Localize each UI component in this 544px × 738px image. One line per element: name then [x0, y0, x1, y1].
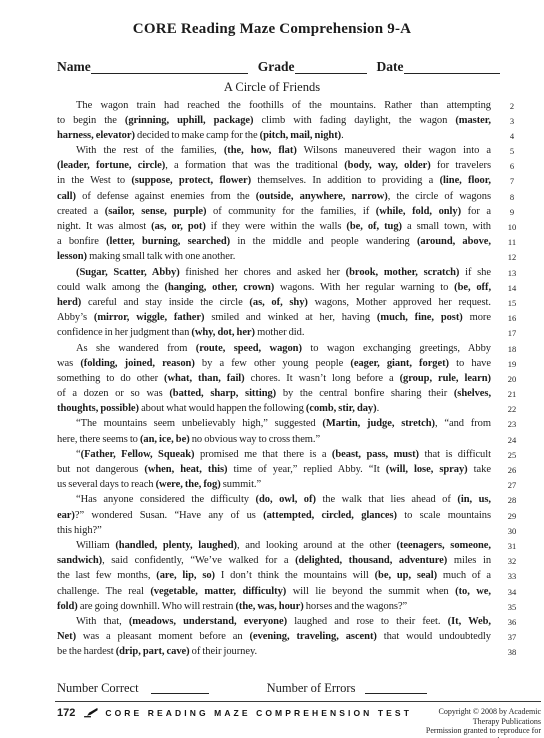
- maze-choice-group[interactable]: (are, lip, so): [156, 570, 215, 581]
- passage-line: With that, (meadows, understand, everyon…: [57, 614, 544, 629]
- maze-choice-group[interactable]: (be, up, seal): [375, 570, 437, 581]
- maze-choice-group[interactable]: thoughts, possible): [57, 403, 139, 414]
- passage-line-text: a bonfire (letter, burning, searched) in…: [57, 234, 491, 249]
- maze-choice-group[interactable]: (to, we,: [455, 586, 491, 597]
- maze-choice-group[interactable]: call): [57, 191, 76, 202]
- passage-line-text: herd) careful and stay inside the circle…: [57, 295, 491, 310]
- line-number: 30: [501, 523, 523, 538]
- line-number: 2: [501, 98, 523, 113]
- passage-line-text: was (folding, joined, reason) by a few o…: [57, 356, 491, 371]
- passage-line: lesson) making small talk with one anoth…: [57, 249, 544, 264]
- student-info-row: Name Grade Date: [57, 60, 500, 74]
- line-number: 11: [501, 234, 523, 249]
- line-number: 34: [501, 584, 523, 599]
- maze-choice-group[interactable]: (why, dot, her): [191, 327, 255, 338]
- line-number: 37: [501, 629, 523, 644]
- line-number: 10: [501, 219, 523, 234]
- line-number: 6: [501, 158, 523, 173]
- maze-choice-group[interactable]: fold): [57, 601, 78, 612]
- maze-choice-group[interactable]: (beast, pass, must): [332, 449, 419, 460]
- passage-line: something to do other (what, than, fail)…: [57, 371, 544, 386]
- passage-line: of a dozen or so was (batted, sharp, sit…: [57, 386, 544, 401]
- line-number: 16: [501, 310, 523, 325]
- line-number: 29: [501, 508, 523, 523]
- passage-line: “(Father, Fellow, Squeak) promised me th…: [57, 447, 544, 462]
- maze-choice-group[interactable]: herd): [57, 297, 81, 308]
- passage-line: but not dangerous (when, heat, this) tim…: [57, 462, 544, 477]
- passage-line: night. It was almost (as, or, pot) if th…: [57, 219, 544, 234]
- footer-divider: [55, 701, 541, 702]
- passage-line: be the hardest (drip, part, cave) of the…: [57, 644, 544, 659]
- page-title: CORE Reading Maze Comprehension 9-A: [0, 0, 544, 38]
- passage-line: fold) are going downhill. Who will restr…: [57, 599, 544, 614]
- passage-line: William (handled, plenty, laughed), and …: [57, 538, 544, 553]
- maze-choice-group[interactable]: (drip, part, cave): [116, 646, 190, 657]
- maze-choice-group[interactable]: harness, elevator): [57, 130, 135, 141]
- passage-line: a bonfire (letter, burning, searched) in…: [57, 234, 544, 249]
- passage-line-text: created a (sailor, sense, purple) of com…: [57, 204, 491, 219]
- passage-line: could walk among the (hanging, other, cr…: [57, 280, 544, 295]
- passage-line-text: Net) was a pleasant moment before an (ev…: [57, 629, 491, 644]
- maze-choice-group[interactable]: (pitch, mail, night): [260, 130, 341, 141]
- line-number: 26: [501, 462, 523, 477]
- passage-line-text: fold) are going downhill. Who will restr…: [57, 599, 491, 614]
- passage-line: harness, elevator) decided to make camp …: [57, 128, 544, 143]
- maze-choice-group[interactable]: (shelves,: [454, 388, 491, 399]
- line-number: 23: [501, 416, 523, 431]
- line-number: 8: [501, 189, 523, 204]
- passage-line: The wagon train had reached the foothill…: [57, 98, 544, 113]
- maze-choice-group[interactable]: (sailor, sense, purple): [105, 206, 207, 217]
- passage: The wagon train had reached the foothill…: [57, 98, 544, 660]
- line-number: 15: [501, 295, 523, 310]
- line-number: 20: [501, 371, 523, 386]
- passage-line-text: “Has anyone considered the difficulty (d…: [57, 492, 491, 507]
- line-number: 18: [501, 341, 523, 356]
- number-correct-line[interactable]: [151, 681, 209, 694]
- maze-choice-group[interactable]: (an, ice, be): [140, 434, 190, 445]
- line-number: 12: [501, 249, 523, 264]
- maze-choice-group[interactable]: (as, of, shy): [249, 297, 307, 308]
- passage-line: sandwich), said confidently, “We’ve walk…: [57, 553, 544, 568]
- maze-choice-group[interactable]: (while, fold, only): [376, 206, 461, 217]
- date-field-line[interactable]: [404, 61, 501, 74]
- maze-choice-group[interactable]: (Father, Fellow, Squeak): [81, 449, 195, 460]
- date-label: Date: [377, 60, 404, 74]
- copyright-line2: Permission granted to reproduce for clas…: [426, 726, 541, 738]
- line-number: 5: [501, 143, 523, 158]
- passage-line-text: of a dozen or so was (batted, sharp, sit…: [57, 386, 491, 401]
- line-number: 3: [501, 113, 523, 128]
- passage-line-text: “The mountains seem unbelievably high,” …: [57, 416, 491, 431]
- maze-choice-group[interactable]: (It, Web,: [448, 616, 491, 627]
- maze-choice-group[interactable]: (letter, burning, searched): [106, 236, 230, 247]
- passage-line: herd) careful and stay inside the circle…: [57, 295, 544, 310]
- line-number: 9: [501, 204, 523, 219]
- passage-line: call) of defense against enemies from th…: [57, 189, 544, 204]
- passage-line-text: harness, elevator) decided to make camp …: [57, 128, 491, 143]
- maze-choice-group[interactable]: (line, floor,: [440, 175, 491, 186]
- maze-choice-group[interactable]: (comb, stir, day): [306, 403, 377, 414]
- passage-line: to begin the (grinning, uphill, package)…: [57, 113, 544, 128]
- page-number: 172: [57, 707, 75, 719]
- number-errors-label: Number of Errors: [267, 682, 356, 695]
- passage-line: Abby’s (mirror, wiggle, father) smiled a…: [57, 310, 544, 325]
- maze-choice-group[interactable]: (attempted, circled, glances): [263, 510, 397, 521]
- maze-choice-group[interactable]: (the, was, hour): [235, 601, 303, 612]
- maze-choice-group[interactable]: ear): [57, 510, 75, 521]
- number-errors-line[interactable]: [365, 681, 427, 694]
- passage-line: Net) was a pleasant moment before an (ev…: [57, 629, 544, 644]
- maze-choice-group[interactable]: (folding, joined, reason): [80, 358, 194, 369]
- passage-line: us several days to reach (were, the, fog…: [57, 477, 544, 492]
- passage-line: challenge. The real (vegetable, matter, …: [57, 584, 544, 599]
- passage-line: confidence in her judgment than (why, do…: [57, 325, 544, 340]
- maze-choice-group[interactable]: (in, us,: [457, 494, 491, 505]
- line-number: 27: [501, 477, 523, 492]
- line-number: 19: [501, 356, 523, 371]
- maze-choice-group[interactable]: (meadows, understand, everyone): [129, 616, 287, 627]
- line-number: 28: [501, 492, 523, 507]
- passage-line-text: challenge. The real (vegetable, matter, …: [57, 584, 491, 599]
- passage-line-text: confidence in her judgment than (why, do…: [57, 325, 491, 340]
- passage-line-text: sandwich), said confidently, “We’ve walk…: [57, 553, 491, 568]
- maze-choice-group[interactable]: (the, how, flat): [224, 145, 297, 156]
- name-field-line[interactable]: [91, 61, 248, 74]
- passage-line-text: the last few months, (are, lip, so) I do…: [57, 568, 491, 583]
- passage-line: “Has anyone considered the difficulty (d…: [57, 492, 544, 507]
- maze-choice-group[interactable]: (what, than, fail): [164, 373, 245, 384]
- footer: 172 CORE READING MAZE COMPREHENSION TEST…: [57, 707, 541, 738]
- passage-line: thoughts, possible) about what would hap…: [57, 401, 544, 416]
- maze-choice-group[interactable]: (Sugar, Scatter, Abby): [76, 267, 180, 278]
- line-number: 25: [501, 447, 523, 462]
- passage-line-text: As she wandered from (route, speed, wago…: [57, 341, 491, 356]
- copyright-line1: Copyright © 2008 by Academic Therapy Pub…: [438, 707, 541, 726]
- line-number: 21: [501, 386, 523, 401]
- maze-choice-group[interactable]: (grinning, uphill, package): [125, 115, 254, 126]
- line-number: 22: [501, 401, 523, 416]
- line-number: 13: [501, 265, 523, 280]
- test-series-name: CORE READING MAZE COMPREHENSION TEST: [105, 707, 412, 719]
- maze-choice-group[interactable]: (as, or, pot): [151, 221, 206, 232]
- maze-choice-group[interactable]: (teenagers, someone,: [396, 540, 491, 551]
- grade-label: Grade: [258, 60, 295, 74]
- line-number: 35: [501, 599, 523, 614]
- maze-choice-group[interactable]: (master,: [455, 115, 491, 126]
- maze-choice-group[interactable]: (route, speed, wagon): [196, 343, 302, 354]
- line-number: 32: [501, 553, 523, 568]
- maze-choice-group[interactable]: (were, the, fog): [156, 479, 221, 490]
- passage-line-text: us several days to reach (were, the, fog…: [57, 477, 491, 492]
- passage-line: “The mountains seem unbelievably high,” …: [57, 416, 544, 431]
- passage-line-text: lesson) making small talk with one anoth…: [57, 249, 491, 264]
- maze-choice-group[interactable]: (leader, fortune, circle): [57, 160, 165, 171]
- passage-line-text: this high?”: [57, 523, 491, 538]
- passage-line-text: to begin the (grinning, uphill, package)…: [57, 113, 491, 128]
- line-number: 38: [501, 644, 523, 659]
- maze-choice-group[interactable]: (body, way, older): [344, 160, 430, 171]
- maze-choice-group[interactable]: (batted, sharp, sitting): [169, 388, 276, 399]
- maze-choice-group[interactable]: (delighted, thousand, adventure): [295, 555, 447, 566]
- maze-choice-group[interactable]: Net): [57, 631, 76, 642]
- maze-choice-group[interactable]: (hanging, other, crown): [165, 282, 275, 293]
- maze-choice-group[interactable]: (handled, plenty, laughed): [115, 540, 237, 551]
- maze-choice-group[interactable]: (Martin, judge, stretch): [322, 418, 435, 429]
- passage-line-text: night. It was almost (as, or, pot) if th…: [57, 219, 491, 234]
- passage-line-text: could walk among the (hanging, other, cr…: [57, 280, 491, 295]
- line-number: 7: [501, 173, 523, 188]
- passage-line-text: The wagon train had reached the foothill…: [57, 98, 491, 113]
- passage-line-text: here, there seems to (an, ice, be) no ob…: [57, 432, 491, 447]
- maze-choice-group[interactable]: lesson): [57, 251, 87, 262]
- maze-choice-group[interactable]: (suppose, protect, flower): [131, 175, 251, 186]
- passage-line: was (folding, joined, reason) by a few o…: [57, 356, 544, 371]
- grade-field-line[interactable]: [295, 61, 367, 74]
- line-number: 31: [501, 538, 523, 553]
- maze-choice-group[interactable]: sandwich): [57, 555, 102, 566]
- maze-choice-group[interactable]: (vegetable, matter, difficulty): [150, 586, 286, 597]
- passage-line-text: “(Father, Fellow, Squeak) promised me th…: [57, 447, 491, 462]
- line-number: 36: [501, 614, 523, 629]
- maze-choice-group[interactable]: (much, fine, post): [377, 312, 463, 323]
- passage-line-text: be the hardest (drip, part, cave) of the…: [57, 644, 491, 659]
- writing-pencil-icon: [83, 707, 98, 719]
- passage-line-text: With the rest of the families, (the, how…: [57, 143, 491, 158]
- passage-line: As she wandered from (route, speed, wago…: [57, 341, 544, 356]
- passage-line: the last few months, (are, lip, so) I do…: [57, 568, 544, 583]
- passage-line: ear)?” wondered Susan. “Have any of us (…: [57, 508, 544, 523]
- name-label: Name: [57, 60, 91, 74]
- line-number: 14: [501, 280, 523, 295]
- passage-line-text: call) of defense against enemies from th…: [57, 189, 491, 204]
- passage-line-text: in the West to (suppose, protect, flower…: [57, 173, 491, 188]
- passage-line: this high?”30: [57, 523, 544, 538]
- passage-line-text: With that, (meadows, understand, everyon…: [57, 614, 491, 629]
- passage-line-text: ear)?” wondered Susan. “Have any of us (…: [57, 508, 491, 523]
- maze-choice-group[interactable]: (eager, giant, forget): [350, 358, 449, 369]
- passage-line: created a (sailor, sense, purple) of com…: [57, 204, 544, 219]
- passage-line-text: thoughts, possible) about what would hap…: [57, 401, 491, 416]
- passage-line-text: something to do other (what, than, fail)…: [57, 371, 491, 386]
- passage-line: here, there seems to (an, ice, be) no ob…: [57, 432, 544, 447]
- copyright-notice: Copyright © 2008 by Academic Therapy Pub…: [412, 707, 541, 738]
- worksheet-page: CORE Reading Maze Comprehension 9-A Name…: [0, 0, 544, 738]
- passage-title: A Circle of Friends: [0, 80, 544, 95]
- maze-choice-group[interactable]: (evening, traveling, ascent): [249, 631, 376, 642]
- maze-choice-group[interactable]: (do, owl, of): [256, 494, 316, 505]
- passage-line: (Sugar, Scatter, Abby) finished her chor…: [57, 265, 544, 280]
- passage-line-text: William (handled, plenty, laughed), and …: [57, 538, 491, 553]
- passage-line: in the West to (suppose, protect, flower…: [57, 173, 544, 188]
- maze-choice-group[interactable]: (be, off,: [454, 282, 491, 293]
- maze-choice-group[interactable]: (brook, mother, scratch): [346, 267, 460, 278]
- maze-choice-group[interactable]: (mirror, wiggle, father): [94, 312, 205, 323]
- line-number: 17: [501, 325, 523, 340]
- maze-choice-group[interactable]: (around, above,: [417, 236, 491, 247]
- passage-line-text: but not dangerous (when, heat, this) tim…: [57, 462, 491, 477]
- score-row: Number Correct Number of Errors: [57, 681, 500, 694]
- line-number: 4: [501, 128, 523, 143]
- maze-choice-group[interactable]: (when, heat, this): [144, 464, 227, 475]
- maze-choice-group[interactable]: (be, of, tug): [346, 221, 402, 232]
- line-number: 33: [501, 568, 523, 583]
- passage-line: With the rest of the families, (the, how…: [57, 143, 544, 158]
- maze-choice-group[interactable]: (will, lose, spray): [386, 464, 468, 475]
- line-number: 24: [501, 432, 523, 447]
- passage-line-text: (leader, fortune, circle), a formation t…: [57, 158, 491, 173]
- number-correct-label: Number Correct: [57, 682, 139, 695]
- passage-line: (leader, fortune, circle), a formation t…: [57, 158, 544, 173]
- maze-choice-group[interactable]: (outside, anywhere, narrow): [256, 191, 388, 202]
- passage-line-text: Abby’s (mirror, wiggle, father) smiled a…: [57, 310, 491, 325]
- passage-line-text: (Sugar, Scatter, Abby) finished her chor…: [57, 265, 491, 280]
- maze-choice-group[interactable]: (group, rule, learn): [400, 373, 491, 384]
